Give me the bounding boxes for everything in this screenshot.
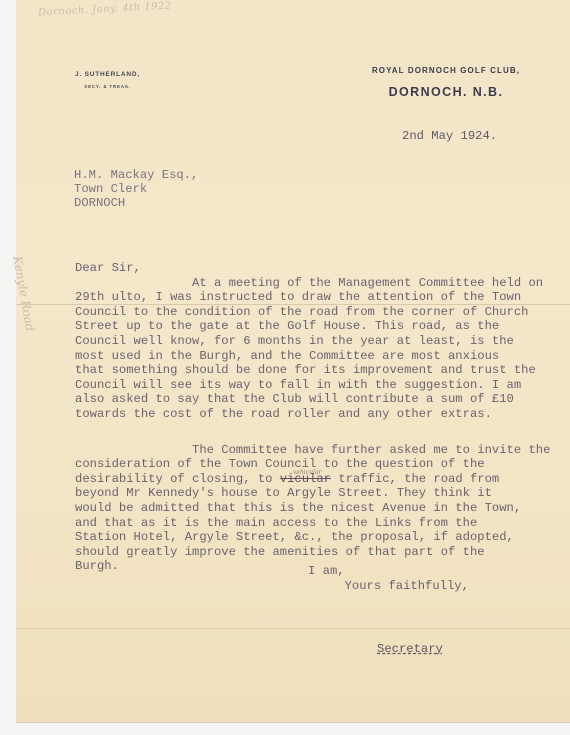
closing-line-2: Yours faithfully,	[308, 579, 469, 594]
recipient-address: H.M. Mackay Esq.,Town ClerkDORNOCH	[74, 168, 198, 210]
club-town: DORNOCH. N.B.	[362, 85, 530, 99]
closing: I am, Yours faithfully,	[308, 564, 469, 593]
text-line: towards the cost of the road roller and …	[75, 407, 550, 422]
club-name: ROYAL DORNOCH GOLF CLUB,	[362, 66, 530, 75]
text-line: Council will see its way to fall in with…	[75, 378, 550, 393]
paragraph-2: The Committee have further asked me to i…	[75, 443, 550, 574]
recipient-title: Town Clerk	[74, 182, 198, 196]
recipient-name: H.M. Mackay Esq.,	[74, 168, 198, 182]
text-segment: desirability of closing, to	[75, 472, 280, 486]
handwritten-insertion: vehicular	[293, 466, 321, 481]
paper-fold	[16, 628, 570, 629]
letterhead-club: ROYAL DORNOCH GOLF CLUB, DORNOCH. N.B.	[362, 66, 530, 99]
text-line: and that as it is the main access to the…	[75, 516, 550, 531]
sender-role: SECY. & TREAS.	[60, 84, 155, 89]
signature-title: Secretary	[377, 642, 443, 657]
text-line: that something should be done for its im…	[75, 363, 550, 378]
text-line: 29th ulto, I was instructed to draw the …	[75, 290, 550, 305]
paragraph-gap	[75, 422, 550, 443]
salutation: Dear Sir,	[75, 261, 550, 276]
text-segment: traffic, the road from	[331, 472, 499, 486]
text-line: also asked to say that the Club will con…	[75, 392, 550, 407]
text-line: beyond Mr Kennedy's house to Argyle Stre…	[75, 486, 550, 501]
text-line: Council well know, for 6 months in the y…	[75, 334, 550, 349]
text-line: Council to the condition of the road fro…	[75, 305, 550, 320]
recipient-town: DORNOCH	[74, 196, 198, 210]
text-line: should greatly improve the amenities of …	[75, 545, 550, 560]
text-line: most used in the Burgh, and the Committe…	[75, 349, 550, 364]
text-line: The Committee have further asked me to i…	[75, 443, 550, 458]
letter-date: 2nd May 1924.	[402, 129, 497, 144]
text-line: Street up to the gate at the Golf House.…	[75, 319, 550, 334]
text-line: Station Hotel, Argyle Street, &c., the p…	[75, 530, 550, 545]
closing-line-1: I am,	[308, 564, 469, 579]
text-line: At a meeting of the Management Committee…	[75, 276, 550, 291]
paragraph-1: At a meeting of the Management Committee…	[75, 276, 550, 422]
letter-body: Dear Sir, At a meeting of the Management…	[75, 261, 550, 574]
letterhead-sender: J. SUTHERLAND, SECY. & TREAS.	[60, 71, 155, 89]
sender-name: J. SUTHERLAND,	[60, 71, 155, 78]
text-line-with-correction: desirability of closing, to vicular traf…	[75, 472, 550, 487]
text-line: would be admitted that this is the nices…	[75, 501, 550, 516]
